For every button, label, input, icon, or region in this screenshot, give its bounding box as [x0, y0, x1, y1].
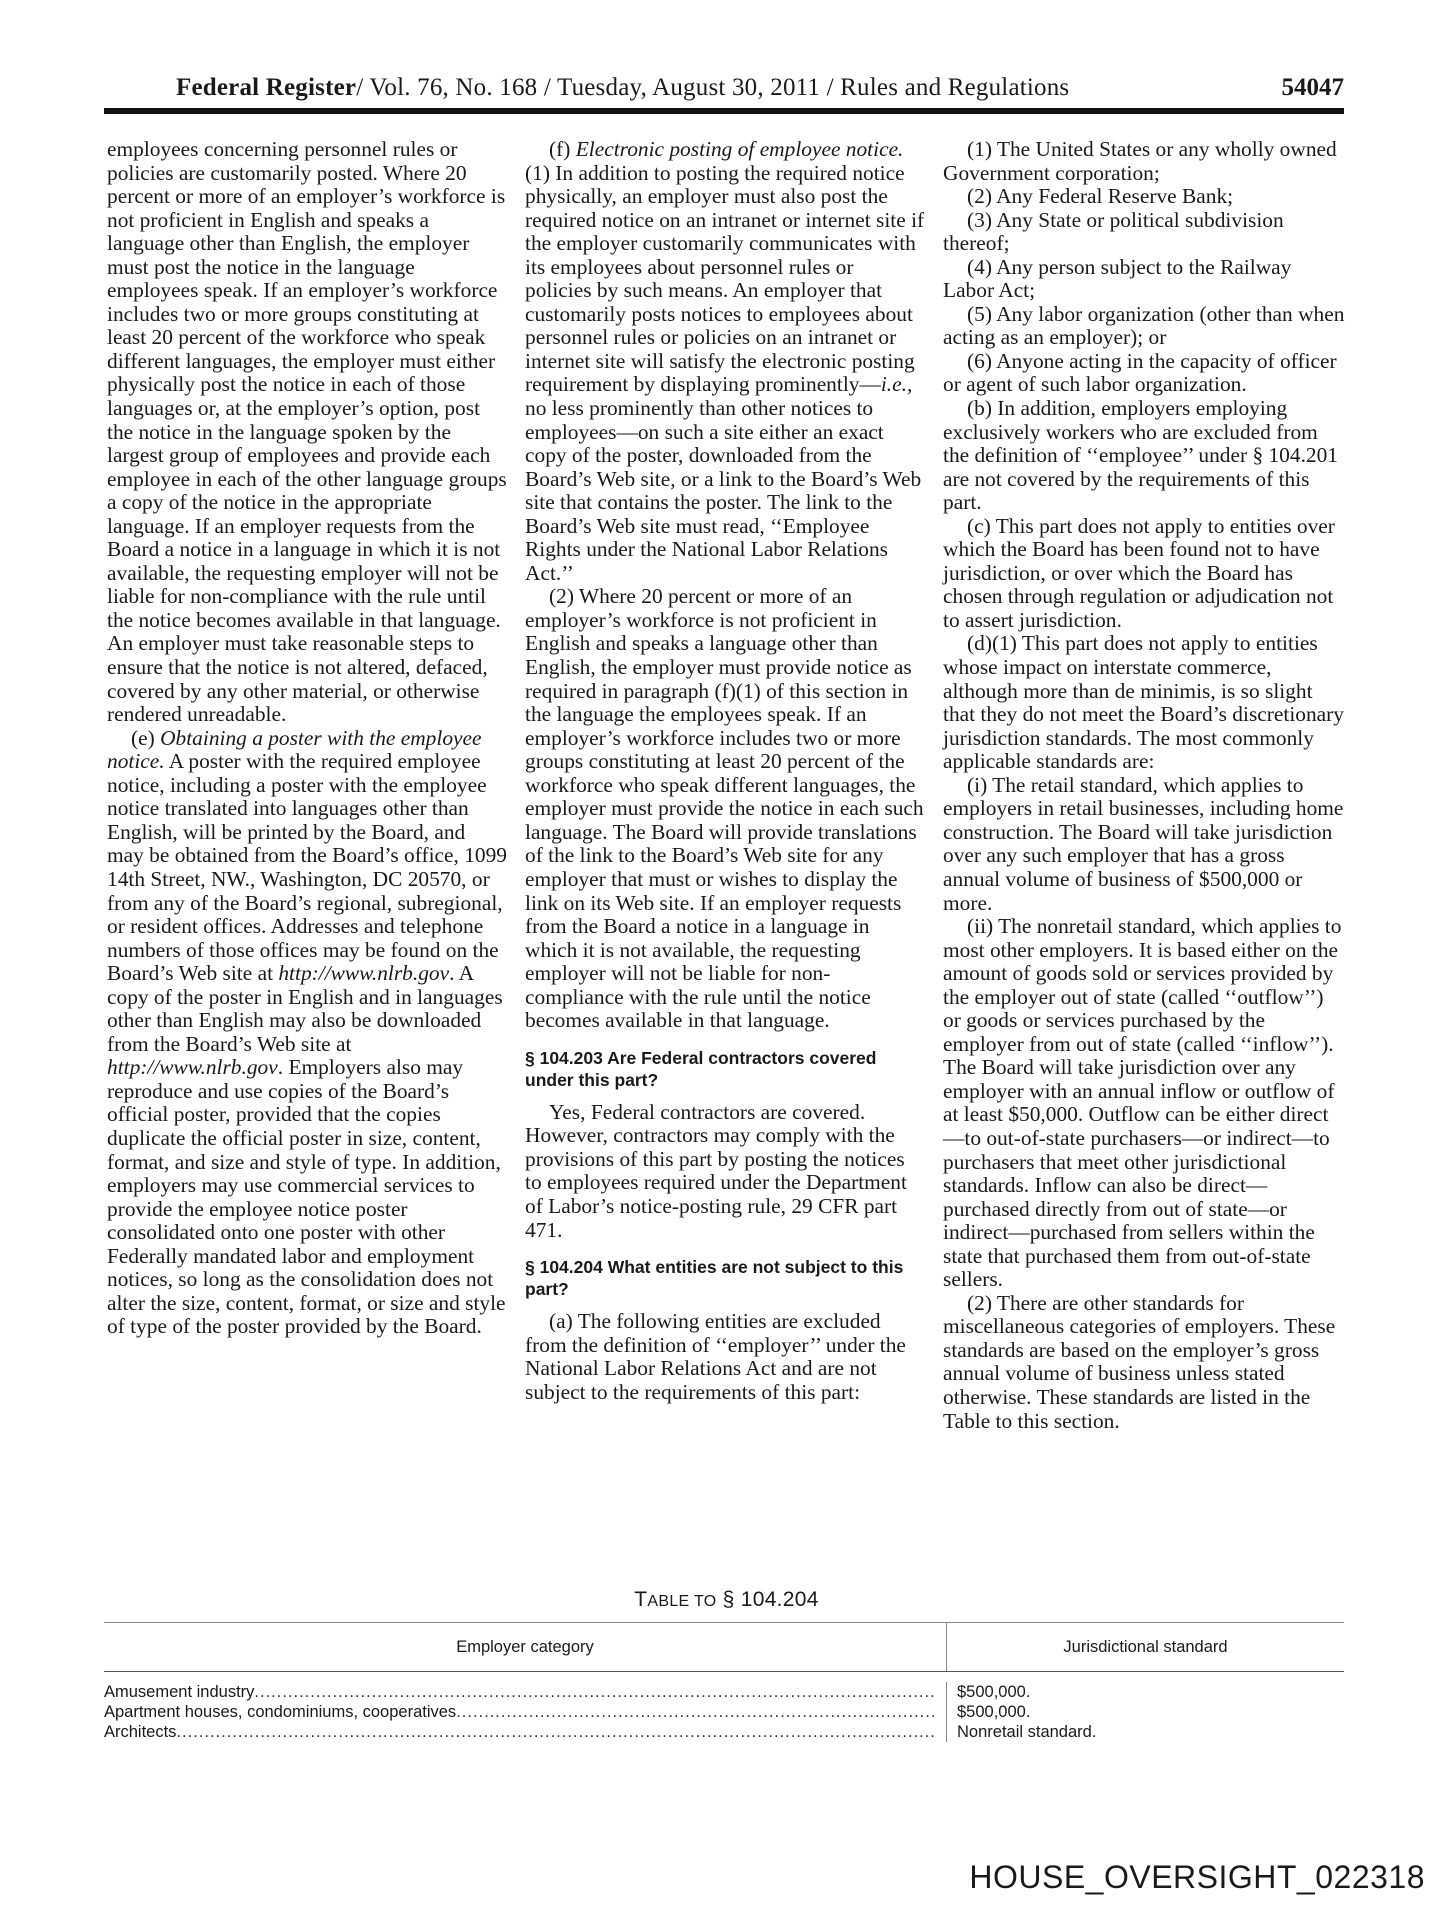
paragraph-f-heading: Electronic posting of employee notice.	[576, 137, 904, 161]
employer-category: Amusement industry	[104, 1682, 254, 1702]
section-104-203-body: Yes, Federal contractors are covered. Ho…	[525, 1101, 925, 1242]
jurisdictional-standard: Nonretail standard.	[947, 1722, 1096, 1742]
list-item: (2) Any Federal Reserve Bank;	[943, 185, 1345, 209]
table-title: TABLE TO § 104.204	[0, 1588, 1453, 1612]
paragraph-d2: (2) There are other standards for miscel…	[943, 1292, 1345, 1433]
paragraph-d1-ii: (ii) The nonretail standard, which appli…	[943, 915, 1345, 1292]
page-header: Federal Register/ Vol. 76, No. 168 / Tue…	[104, 74, 1344, 108]
column-header-employer-category: Employer category	[104, 1623, 947, 1671]
list-item: (5) Any labor organization (other than w…	[943, 303, 1345, 350]
paragraph-d-continued: employees concerning personnel rules or …	[107, 138, 507, 727]
table-row: Apartment houses, condominiums, cooperat…	[104, 1702, 1344, 1722]
section-heading-104-203: § 104.203 Are Federal contractors covere…	[525, 1047, 925, 1091]
header-rule	[104, 108, 1344, 114]
issue-info: / Vol. 76, No. 168 / Tuesday, August 30,…	[356, 74, 1069, 101]
employer-category: Apartment houses, condominiums, cooperat…	[104, 1702, 456, 1722]
leader-dots	[254, 1682, 934, 1702]
paragraph-d1-i: (i) The retail standard, which applies t…	[943, 774, 1345, 915]
column-3: (1) The United States or any wholly owne…	[943, 138, 1345, 1433]
list-item: (6) Anyone acting in the capacity of off…	[943, 350, 1345, 397]
jurisdictional-standard: $500,000.	[947, 1702, 1030, 1722]
nlrb-url-link[interactable]: http://www.nlrb.gov	[107, 1055, 278, 1079]
table-row: Architects Nonretail standard.	[104, 1722, 1344, 1742]
employer-category: Architects	[104, 1722, 176, 1742]
column-2: (f) Electronic posting of employee notic…	[525, 138, 925, 1404]
nlrb-url-link[interactable]: http://www.nlrb.gov	[278, 961, 449, 985]
table-row: Amusement industry $500,000.	[104, 1682, 1344, 1702]
column-1: employees concerning personnel rules or …	[107, 138, 507, 1339]
jurisdiction-table: Employer category Jurisdictional standar…	[104, 1622, 1344, 1742]
list-item: (3) Any State or political subdivision t…	[943, 209, 1345, 256]
paragraph-b: (b) In addition, employers employing exc…	[943, 397, 1345, 515]
list-item: (1) The United States or any wholly owne…	[943, 138, 1345, 185]
leader-dots	[456, 1702, 934, 1722]
paragraph-c: (c) This part does not apply to entities…	[943, 515, 1345, 633]
publication-name: Federal Register	[176, 74, 356, 101]
column-header-jurisdictional-standard: Jurisdictional standard	[947, 1623, 1344, 1671]
bates-number: HOUSE_OVERSIGHT_022318	[969, 1859, 1425, 1896]
paragraph-f2: (2) Where 20 percent or more of an emplo…	[525, 585, 925, 1032]
paragraph-e: (e) Obtaining a poster with the employee…	[107, 727, 507, 1339]
page-number: 54047	[1282, 74, 1345, 102]
section-heading-104-204: § 104.204 What entities are not subject …	[525, 1256, 925, 1300]
table-header-row: Employer category Jurisdictional standar…	[104, 1623, 1344, 1672]
list-item: (4) Any person subject to the Railway La…	[943, 256, 1345, 303]
leader-dots	[176, 1722, 934, 1742]
paragraph-d1: (d)(1) This part does not apply to entit…	[943, 632, 1345, 773]
section-104-204-a: (a) The following entities are excluded …	[525, 1310, 925, 1404]
jurisdictional-standard: $500,000.	[947, 1682, 1030, 1702]
paragraph-f1: (f) Electronic posting of employee notic…	[525, 138, 925, 585]
running-head: Federal Register/ Vol. 76, No. 168 / Tue…	[176, 74, 1069, 102]
